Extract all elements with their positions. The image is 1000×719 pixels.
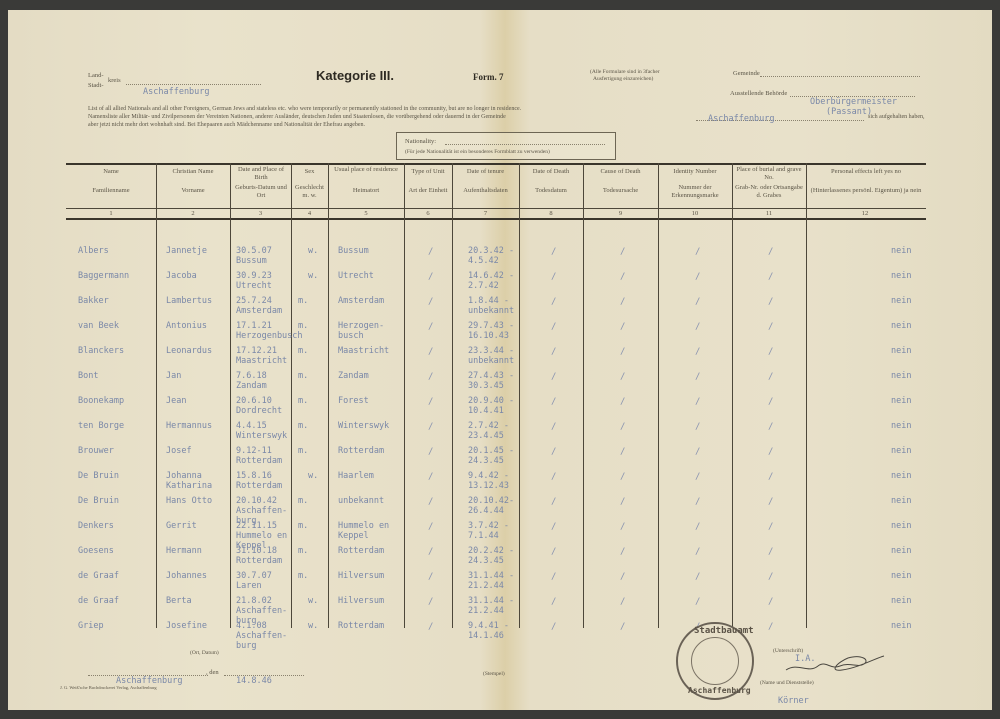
table-row: De BruinHans Otto20.10.42Aschaffen-burgm… bbox=[8, 496, 992, 521]
cell-first: Jean bbox=[166, 396, 186, 406]
cell-sex: m. bbox=[298, 296, 308, 306]
cell-death-cause: / bbox=[620, 347, 625, 357]
cell-effects: nein bbox=[891, 496, 911, 506]
cell-residence: Rotterdam bbox=[338, 546, 384, 556]
cell-name: Brouwer bbox=[78, 446, 114, 456]
cell-death-cause: / bbox=[620, 572, 625, 582]
cell-birth-date: 30.7.07 bbox=[236, 571, 272, 581]
cell-death-date: / bbox=[551, 597, 556, 607]
cell-sex: w. bbox=[308, 246, 318, 256]
stamp-text-top: Stadtbauamt bbox=[694, 626, 754, 636]
cell-name: Griep bbox=[78, 621, 104, 631]
cell-birth-date: 20.6.10 bbox=[236, 396, 272, 406]
cell-death-cause: / bbox=[620, 447, 625, 457]
cell-residence: Hummelo en bbox=[338, 521, 389, 531]
behoerde-value-1: Oberbürgermeister bbox=[810, 97, 897, 107]
cell-birth-date: 30.5.07 bbox=[236, 246, 272, 256]
col-12-de: (Hinterlassenes persönl. Eigentum) ja ne… bbox=[808, 187, 924, 195]
cell-residence: Rotterdam bbox=[338, 621, 384, 631]
table-row: de GraafBerta21.8.02Aschaffen-burgw.Hilv… bbox=[8, 596, 992, 621]
cell-effects: nein bbox=[891, 346, 911, 356]
cell-tenure-from: 9.4.41 - bbox=[468, 621, 509, 631]
cell-death-date: / bbox=[551, 522, 556, 532]
cell-unit: / bbox=[428, 572, 433, 582]
cell-birth-date: 20.10.42 bbox=[236, 496, 277, 506]
cell-death-cause: / bbox=[620, 522, 625, 532]
col-1-de: Familienname bbox=[66, 187, 156, 195]
cell-sex: w. bbox=[308, 621, 318, 631]
cell-identity: / bbox=[695, 247, 700, 257]
form-number: Form. 7 bbox=[473, 72, 504, 82]
cell-residence: Haarlem bbox=[338, 471, 374, 481]
col-6-num: 6 bbox=[404, 210, 452, 218]
cell-birth-date: 4.1.08 bbox=[236, 621, 267, 631]
col-5-en: Usual place of residence bbox=[330, 166, 402, 174]
cell-tenure-from: 31.1.44 - bbox=[468, 571, 514, 581]
cell-death-date: / bbox=[551, 622, 556, 632]
col-4-en: Sex bbox=[291, 168, 328, 176]
cell-residence: Bussum bbox=[338, 246, 369, 256]
cell-burial: / bbox=[768, 297, 773, 307]
cell-sex: w. bbox=[308, 471, 318, 481]
cell-identity: / bbox=[695, 447, 700, 457]
col-4-num: 4 bbox=[291, 210, 328, 218]
cell-death-date: / bbox=[551, 497, 556, 507]
table-row: AlbersJannetje30.5.07Bussumw.Bussum20.3.… bbox=[8, 246, 992, 271]
cell-death-date: / bbox=[551, 272, 556, 282]
cell-identity: / bbox=[695, 572, 700, 582]
cell-unit: / bbox=[428, 422, 433, 432]
cell-sex: m. bbox=[298, 546, 308, 556]
cell-name: Blanckers bbox=[78, 346, 124, 356]
footer-date: 14.8.46 bbox=[236, 676, 272, 686]
cell-tenure-from: 20.2.42 - bbox=[468, 546, 514, 556]
cell-unit: / bbox=[428, 322, 433, 332]
cell-death-cause: / bbox=[620, 597, 625, 607]
kreis-label: kreis bbox=[108, 77, 121, 85]
cell-sex: m. bbox=[298, 321, 308, 331]
cell-death-cause: / bbox=[620, 397, 625, 407]
kreis-line bbox=[126, 84, 261, 85]
cell-effects: nein bbox=[891, 321, 911, 331]
col-4-de: Geschlecht m. w. bbox=[292, 184, 327, 199]
cell-first: Josefine bbox=[166, 621, 207, 631]
table-row: BrouwerJosef9.12-11Rotterdamm.Rotterdam2… bbox=[8, 446, 992, 471]
cell-first: Josef bbox=[166, 446, 192, 456]
handwritten-signature bbox=[778, 648, 888, 678]
nationality-note: (Für jede Nationalität ist ein besondere… bbox=[405, 149, 550, 156]
table-row: BoonekampJean20.6.10Dordrechtm.Forest20.… bbox=[8, 396, 992, 421]
table-top-rule bbox=[66, 163, 926, 165]
cell-tenure-to: 24.3.45 bbox=[468, 456, 504, 466]
cell-sex: m. bbox=[298, 396, 308, 406]
table-row: BontJan7.6.18Zandamm.Zandam27.4.43 -30.3… bbox=[8, 371, 992, 396]
cell-birth-date: 17.1.21 bbox=[236, 321, 272, 331]
nationality-box: Nationality: (Für jede Nationalität ist … bbox=[396, 132, 616, 160]
col-10-en: Identity Number bbox=[658, 168, 732, 176]
cell-tenure-to: 7.1.44 bbox=[468, 531, 499, 541]
col-8-en: Date of Death bbox=[519, 168, 583, 176]
nationality-line[interactable] bbox=[445, 144, 605, 145]
cell-birth-place: Zandam bbox=[236, 381, 267, 391]
cell-burial: / bbox=[768, 522, 773, 532]
cell-tenure-to: unbekannt bbox=[468, 356, 514, 366]
cell-identity: / bbox=[695, 322, 700, 332]
col-7-de: Aufenthaltsdaten bbox=[452, 187, 519, 195]
table-row: ten BorgeHermannus4.4.15Winterswykm.Wint… bbox=[8, 421, 992, 446]
col-1-num: 1 bbox=[66, 210, 156, 218]
cell-identity: / bbox=[695, 472, 700, 482]
cell-birth-place: Dordrecht bbox=[236, 406, 282, 416]
cell-death-date: / bbox=[551, 297, 556, 307]
col-11-de: Grab-Nr. oder Ortsangabe d. Grabes bbox=[734, 184, 804, 199]
cell-effects: nein bbox=[891, 421, 911, 431]
stadt-label: Stadt- bbox=[88, 82, 104, 90]
cell-first: Leonardus bbox=[166, 346, 212, 356]
col-10-de: Nummer der Erkennungsmarke bbox=[660, 184, 730, 199]
cell-death-date: / bbox=[551, 247, 556, 257]
cell-unit: / bbox=[428, 497, 433, 507]
stamp-inner-ring bbox=[691, 637, 739, 685]
cell-tenure-to: unbekannt bbox=[468, 306, 514, 316]
cell-birth-place: Rotterdam bbox=[236, 481, 282, 491]
cell-tenure-from: 2.7.42 - bbox=[468, 421, 509, 431]
cell-first: Hans Otto bbox=[166, 496, 212, 506]
col-8-de: Todesdatum bbox=[519, 187, 583, 195]
cell-effects: nein bbox=[891, 396, 911, 406]
col-5-num: 5 bbox=[328, 210, 404, 218]
table-row: DenkersGerrit22.11.15Hummelo enKeppelm.H… bbox=[8, 521, 992, 546]
printer-note: J. G. Weiß'sche Buchdruckerei Verlag, As… bbox=[60, 684, 157, 691]
cell-effects: nein bbox=[891, 371, 911, 381]
cell-birth-date: 31.10.18 bbox=[236, 546, 277, 556]
cell-identity: / bbox=[695, 422, 700, 432]
cell-name: van Beek bbox=[78, 321, 119, 331]
cell-tenure-to: 14.1.46 bbox=[468, 631, 504, 641]
cell-tenure-to: 21.2.44 bbox=[468, 581, 504, 591]
cell-residence: Amsterdam bbox=[338, 296, 384, 306]
cell-effects: nein bbox=[891, 271, 911, 281]
cell-sex: m. bbox=[298, 421, 308, 431]
cell-death-cause: / bbox=[620, 372, 625, 382]
table-row: De BruinJohannaKatharina15.8.16Rotterdam… bbox=[8, 471, 992, 496]
cell-sex: m. bbox=[298, 346, 308, 356]
cell-effects: nein bbox=[891, 571, 911, 581]
cell-unit: / bbox=[428, 522, 433, 532]
cell-name: Baggermann bbox=[78, 271, 129, 281]
cell-unit: / bbox=[428, 272, 433, 282]
cell-birth-date: 22.11.15 bbox=[236, 521, 277, 531]
cell-birth-date: 21.8.02 bbox=[236, 596, 272, 606]
col-6-en: Type of Unit bbox=[404, 168, 452, 176]
cell-name: de Graaf bbox=[78, 596, 119, 606]
col-10-num: 10 bbox=[658, 210, 732, 218]
cell-burial: / bbox=[768, 247, 773, 257]
cell-name: Albers bbox=[78, 246, 109, 256]
footer-stempel-label: (Stempel) bbox=[483, 671, 505, 678]
cell-residence2: busch bbox=[338, 331, 364, 341]
col-12-num: 12 bbox=[806, 210, 924, 218]
cell-birth-date: 25.7.24 bbox=[236, 296, 272, 306]
cell-tenure-from: 31.1.44 - bbox=[468, 596, 514, 606]
cell-residence: Utrecht bbox=[338, 271, 374, 281]
cell-residence: Zandam bbox=[338, 371, 369, 381]
cell-burial: / bbox=[768, 547, 773, 557]
cell-birth-place: Hummelo en bbox=[236, 531, 287, 541]
cell-birth-date: 15.8.16 bbox=[236, 471, 272, 481]
cell-birth-place: Laren bbox=[236, 581, 262, 591]
cell-birth-date: 17.12.21 bbox=[236, 346, 277, 356]
document-title: Kategorie III. bbox=[316, 68, 394, 83]
cell-unit: / bbox=[428, 547, 433, 557]
cell-name: Denkers bbox=[78, 521, 114, 531]
cell-residence: unbekannt bbox=[338, 496, 384, 506]
document-page: Land- Stadt- kreis Aschaffenburg Kategor… bbox=[8, 10, 992, 710]
cell-burial: / bbox=[768, 497, 773, 507]
official-stamp: Stadtbauamt Aschaffenburg bbox=[676, 622, 754, 700]
col-5-de: Heimatort bbox=[328, 187, 404, 195]
cell-birth-place: Aschaffen- bbox=[236, 631, 287, 641]
intro-german-b: sich aufgehalten haben, bbox=[868, 113, 924, 121]
gemeinde-line bbox=[760, 76, 920, 77]
col-9-de: Todesursache bbox=[583, 187, 658, 195]
cell-first: Hermannus bbox=[166, 421, 212, 431]
table-row: de GraafJohannes30.7.07Larenm.Hilversum3… bbox=[8, 571, 992, 596]
cell-sex: m. bbox=[298, 446, 308, 456]
cell-unit: / bbox=[428, 372, 433, 382]
cell-burial: / bbox=[768, 572, 773, 582]
land-label: Land- bbox=[88, 72, 104, 80]
kreis-value: Aschaffenburg bbox=[143, 87, 210, 97]
cell-tenure-to: 16.10.43 bbox=[468, 331, 509, 341]
cell-unit: / bbox=[428, 447, 433, 457]
table-row: GriepJosefine4.1.08Aschaffen-burgw.Rotte… bbox=[8, 621, 992, 646]
cell-death-date: / bbox=[551, 347, 556, 357]
cell-death-date: / bbox=[551, 372, 556, 382]
intro-german-a: Namensliste aller Militär- und Zivilpers… bbox=[88, 113, 506, 121]
cell-tenure-to: 4.5.42 bbox=[468, 256, 499, 266]
cell-birth-date: 4.4.15 bbox=[236, 421, 267, 431]
cell-identity: / bbox=[695, 297, 700, 307]
col-2-en: Christian Name bbox=[156, 168, 230, 176]
cell-tenure-from: 20.3.42 - bbox=[468, 246, 514, 256]
cell-death-cause: / bbox=[620, 622, 625, 632]
cell-tenure-to: 10.4.41 bbox=[468, 406, 504, 416]
cell-residence: Herzogen- bbox=[338, 321, 384, 331]
cell-effects: nein bbox=[891, 446, 911, 456]
cell-residence: Winterswyk bbox=[338, 421, 389, 431]
cell-effects: nein bbox=[891, 246, 911, 256]
cell-name: De Bruin bbox=[78, 496, 119, 506]
cell-effects: nein bbox=[891, 621, 911, 631]
cell-birth-place: Bussum bbox=[236, 256, 267, 266]
cell-tenure-to: 30.3.45 bbox=[468, 381, 504, 391]
table-row: BlanckersLeonardus17.12.21Maastrichtm.Ma… bbox=[8, 346, 992, 371]
intro-german-c: aber jetzt nicht mehr dort wohnhaft sind… bbox=[88, 121, 365, 129]
table-row: GoesensHermann31.10.18Rotterdamm.Rotterd… bbox=[8, 546, 992, 571]
cell-residence: Forest bbox=[338, 396, 369, 406]
cell-unit: / bbox=[428, 597, 433, 607]
cell-residence: Hilversum bbox=[338, 596, 384, 606]
cell-tenure-to: 24.3.45 bbox=[468, 556, 504, 566]
col-9-num: 9 bbox=[583, 210, 658, 218]
cell-death-cause: / bbox=[620, 472, 625, 482]
cell-tenure-to: 26.4.44 bbox=[468, 506, 504, 516]
cell-tenure-from: 1.8.44 - bbox=[468, 296, 509, 306]
cell-birth-place: Utrecht bbox=[236, 281, 272, 291]
col-7-en: Date of tenure bbox=[452, 168, 519, 176]
cell-death-cause: / bbox=[620, 247, 625, 257]
cell-name: Goesens bbox=[78, 546, 114, 556]
cell-tenure-from: 3.7.42 - bbox=[468, 521, 509, 531]
cell-birth-place2: burg bbox=[236, 641, 256, 651]
cell-death-date: / bbox=[551, 472, 556, 482]
cell-birth-place: Aschaffen- bbox=[236, 606, 287, 616]
header-bottom-rule bbox=[66, 218, 926, 220]
table-row: BakkerLambertus25.7.24Amsterdamm.Amsterd… bbox=[8, 296, 992, 321]
cell-burial: / bbox=[768, 272, 773, 282]
cell-first: Lambertus bbox=[166, 296, 212, 306]
col-3-en: Date and Place of Birth bbox=[232, 166, 290, 181]
cell-death-date: / bbox=[551, 572, 556, 582]
behoerde-label: Ausstellende Behörde bbox=[730, 90, 787, 98]
cell-birth-place: Amsterdam bbox=[236, 306, 282, 316]
cell-death-cause: / bbox=[620, 422, 625, 432]
col-3-num: 3 bbox=[230, 210, 291, 218]
cell-unit: / bbox=[428, 347, 433, 357]
cell-first: Jacoba bbox=[166, 271, 197, 281]
signature-sub-label: (Name und Dienststelle) bbox=[760, 680, 814, 687]
footer-den-label: , den bbox=[206, 669, 219, 677]
cell-tenure-to: 23.4.45 bbox=[468, 431, 504, 441]
cell-death-date: / bbox=[551, 447, 556, 457]
intro-english: List of all allied Nationals and all oth… bbox=[88, 105, 521, 113]
cell-identity: / bbox=[695, 597, 700, 607]
col-9-en: Cause of Death bbox=[583, 168, 658, 176]
col-8-num: 8 bbox=[519, 210, 583, 218]
intro-gemeinde-value: Aschaffenburg bbox=[708, 114, 775, 124]
cell-birth-place: Herzogenbusch bbox=[236, 331, 303, 341]
cell-death-cause: / bbox=[620, 322, 625, 332]
cell-residence2: Keppel bbox=[338, 531, 369, 541]
cell-burial: / bbox=[768, 422, 773, 432]
cell-tenure-from: 20.9.40 - bbox=[468, 396, 514, 406]
cell-first: Antonius bbox=[166, 321, 207, 331]
cell-name: ten Borge bbox=[78, 421, 124, 431]
cell-birth-date: 30.9.23 bbox=[236, 271, 272, 281]
cell-death-date: / bbox=[551, 547, 556, 557]
footer-ort-label: (Ort, Datum) bbox=[190, 650, 219, 657]
cell-first: Jan bbox=[166, 371, 181, 381]
nationality-label: Nationality: bbox=[405, 138, 436, 146]
cell-sex: w. bbox=[308, 271, 318, 281]
signatory-name: Körner bbox=[778, 696, 809, 706]
cell-tenure-from: 9.4.42 - bbox=[468, 471, 509, 481]
cell-burial: / bbox=[768, 322, 773, 332]
header-number-rule bbox=[66, 208, 926, 209]
cell-first: Jannetje bbox=[166, 246, 207, 256]
col-11-en: Place of burial and grave No. bbox=[734, 166, 804, 181]
col-1-en: Name bbox=[66, 168, 156, 176]
cell-burial: / bbox=[768, 622, 773, 632]
cell-birth-place: Rotterdam bbox=[236, 556, 282, 566]
cell-name: de Graaf bbox=[78, 571, 119, 581]
col-2-de: Vorname bbox=[156, 187, 230, 195]
cell-burial: / bbox=[768, 397, 773, 407]
cell-identity: / bbox=[695, 497, 700, 507]
cell-identity: / bbox=[695, 397, 700, 407]
cell-death-cause: / bbox=[620, 272, 625, 282]
cell-burial: / bbox=[768, 597, 773, 607]
cell-residence: Hilversum bbox=[338, 571, 384, 581]
cell-death-cause: / bbox=[620, 297, 625, 307]
col-12-en: Personal effects left yes no bbox=[808, 168, 924, 176]
col-6-de: Art der Einheit bbox=[404, 187, 452, 195]
cell-residence: Maastricht bbox=[338, 346, 389, 356]
table-row: van BeekAntonius17.1.21Herzogenbuschm.He… bbox=[8, 321, 992, 346]
cell-birth-place: Winterswyk bbox=[236, 431, 287, 441]
cell-tenure-from: 27.4.43 - bbox=[468, 371, 514, 381]
cell-sex: m. bbox=[298, 521, 308, 531]
cell-sex: w. bbox=[308, 596, 318, 606]
cell-death-date: / bbox=[551, 422, 556, 432]
col-11-num: 11 bbox=[732, 210, 806, 218]
cell-first: Hermann bbox=[166, 546, 202, 556]
cell-name: Bont bbox=[78, 371, 98, 381]
behoerde-value-2: (Passant) bbox=[826, 107, 872, 117]
cell-unit: / bbox=[428, 297, 433, 307]
cell-death-date: / bbox=[551, 397, 556, 407]
cell-name: De Bruin bbox=[78, 471, 119, 481]
cell-sex: m. bbox=[298, 371, 308, 381]
cell-birth-place: Rotterdam bbox=[236, 456, 282, 466]
cell-first: Johanna bbox=[166, 471, 202, 481]
cell-unit: / bbox=[428, 472, 433, 482]
cell-birth-place: Maastricht bbox=[236, 356, 287, 366]
stamp-text-bottom: Aschaffenburg bbox=[688, 686, 751, 695]
cell-first: Johannes bbox=[166, 571, 207, 581]
cell-death-cause: / bbox=[620, 497, 625, 507]
cell-tenure-from: 20.10.42- bbox=[468, 496, 514, 506]
cell-effects: nein bbox=[891, 546, 911, 556]
cell-birth-place: Aschaffen- bbox=[236, 506, 287, 516]
cell-identity: / bbox=[695, 272, 700, 282]
table-row: BaggermannJacoba30.9.23Utrechtw.Utrecht1… bbox=[8, 271, 992, 296]
col-7-num: 7 bbox=[452, 210, 519, 218]
cell-tenure-from: 29.7.43 - bbox=[468, 321, 514, 331]
cell-tenure-from: 20.1.45 - bbox=[468, 446, 514, 456]
cell-identity: / bbox=[695, 347, 700, 357]
cell-first: Berta bbox=[166, 596, 192, 606]
cell-unit: / bbox=[428, 247, 433, 257]
cell-effects: nein bbox=[891, 521, 911, 531]
cell-unit: / bbox=[428, 622, 433, 632]
cell-effects: nein bbox=[891, 471, 911, 481]
cell-tenure-to: 21.2.44 bbox=[468, 606, 504, 616]
cell-burial: / bbox=[768, 372, 773, 382]
note-line-2: Ausfertigung einzureichen) bbox=[593, 76, 653, 83]
col-3-de: Geburts-Datum und Ort bbox=[232, 184, 290, 199]
cell-tenure-from: 23.3.44 - bbox=[468, 346, 514, 356]
cell-identity: / bbox=[695, 547, 700, 557]
col-2-num: 2 bbox=[156, 210, 230, 218]
cell-sex: m. bbox=[298, 496, 308, 506]
cell-tenure-to: 2.7.42 bbox=[468, 281, 499, 291]
cell-tenure-from: 14.6.42 - bbox=[468, 271, 514, 281]
cell-identity: / bbox=[695, 372, 700, 382]
cell-effects: nein bbox=[891, 596, 911, 606]
gemeinde-label: Gemeinde bbox=[733, 70, 760, 78]
